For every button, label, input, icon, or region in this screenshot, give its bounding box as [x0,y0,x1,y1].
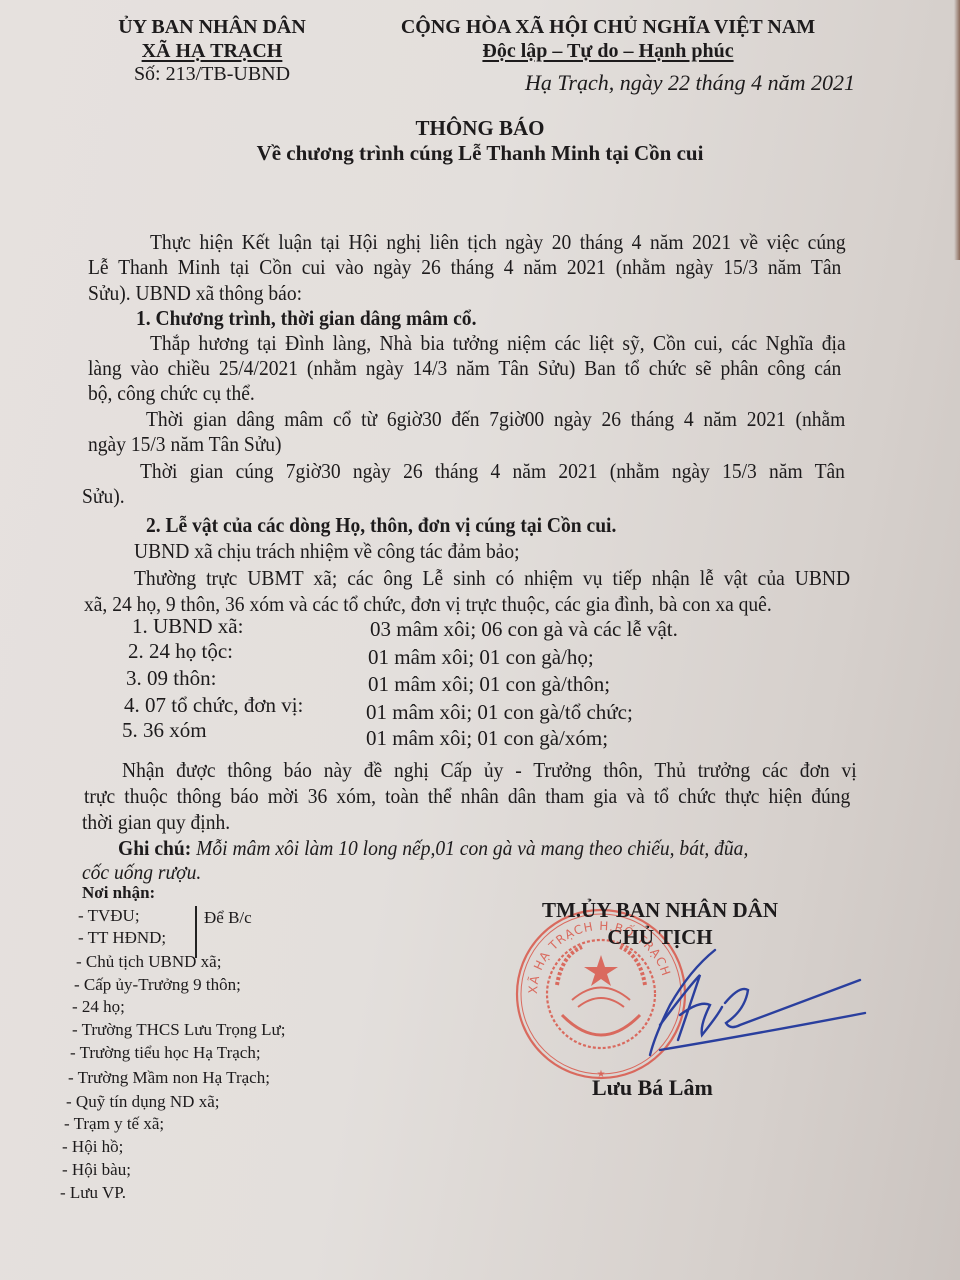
offering-what-3: 01 mâm xôi; 01 con gà/thôn; [368,672,610,697]
signature-on-behalf: TM.ỦY BAN NHÂN DÂN [510,898,810,923]
offering-what-4: 01 mâm xôi; 01 con gà/tổ chức; [366,700,633,725]
s2-p2-line-1: Thường trực UBMT xã; các ông Lễ sinh có … [134,566,850,591]
s1-p3-line-2: Sửu). [82,484,125,509]
cc-label: Để B/c [204,908,252,928]
s1-p1-line-2: làng vào chiều 25/4/2021 (nhằm ngày 14/3… [88,356,841,381]
note-label: Ghi chú: [118,836,191,860]
recipient-item: - Hội bàu; [62,1160,131,1180]
note-text: Mỗi mâm xôi làm 10 long nếp,01 con gà và… [196,836,748,860]
recipient-item: - Quỹ tín dụng ND xã; [66,1092,219,1112]
signer-name: Lưu Bá Lâm [592,1075,713,1101]
closing-line-1: Nhận được thông báo này đề nghị Cấp ủy -… [122,758,857,783]
offering-who-5: 5. 36 xóm [122,718,207,743]
offering-what-1: 03 mâm xôi; 06 con gà và các lễ vật. [370,617,678,642]
recipient-item: - Cấp ủy-Trưởng 9 thôn; [74,975,241,995]
recipient-item: - TVĐU; [78,906,140,926]
offering-who-4: 4. 07 tổ chức, đơn vị: [124,693,303,718]
intro-line-1: Thực hiện Kết luận tại Hội nghị liên tịc… [150,230,846,255]
s1-p3-line-1: Thời gian cúng 7giờ30 ngày 26 tháng 4 nă… [140,459,845,484]
s2-para-1: UBND xã chịu trách nhiệm về công tác đảm… [134,539,520,564]
offering-who-2: 2. 24 họ tộc: [128,639,233,664]
star-icon [584,955,618,986]
recipient-item: - Hội hồ; [62,1137,123,1157]
intro-line-3: Sửu). UBND xã thông báo: [88,281,302,306]
closing-line-2: trực thuộc thông báo mời 36 xóm, toàn th… [84,784,850,809]
s1-p2-line-1: Thời gian dâng mâm cổ từ 6giờ30 đến 7giờ… [146,407,845,432]
recipients-heading: Nơi nhận: [82,883,155,903]
recipient-item: - 24 họ; [72,997,125,1017]
section-2-heading: 2. Lễ vật của các dòng Họ, thôn, đơn vị … [146,513,616,538]
recipient-item: - Trường tiểu học Hạ Trạch; [70,1043,261,1063]
recipient-item: - Trường Mầm non Hạ Trạch; [68,1068,270,1088]
recipient-item: - TT HĐND; [78,928,166,948]
offering-who-3: 3. 09 thôn: [126,666,216,691]
offering-what-2: 01 mâm xôi; 01 con gà/họ; [368,645,594,670]
page-edge-shadow [954,0,960,260]
recipient-item: - Lưu VP. [60,1183,126,1203]
section-1-heading: 1. Chương trình, thời gian dâng mâm cổ. [136,306,476,331]
closing-line-3: thời gian quy định. [82,810,230,835]
handwritten-signature-icon [630,945,870,1075]
recipient-item: - Trường THCS Lưu Trọng Lư; [72,1020,285,1040]
note-line-1: Ghi chú: Mỗi mâm xôi làm 10 long nếp,01 … [118,836,748,861]
s1-p2-line-2: ngày 15/3 năm Tân Sửu) [88,432,282,457]
offering-who-1: 1. UBND xã: [132,614,243,639]
recipient-item: - Trạm y tế xã; [64,1114,164,1134]
s1-p1-line-1: Thắp hương tại Đình làng, Nhà bia tưởng … [150,331,846,356]
offering-what-5: 01 mâm xôi; 01 con gà/xóm; [366,726,608,751]
s1-p1-line-3: bộ, công chức cụ thể. [88,381,255,406]
note-line-2: cốc uống rượu. [82,860,201,885]
intro-line-2: Lễ Thanh Minh tại Cồn cui vào ngày 26 th… [88,255,841,280]
recipient-item: - Chủ tịch UBND xã; [76,952,221,972]
document-body: Thực hiện Kết luận tại Hội nghị liên tịc… [88,0,898,1280]
cc-bracket [195,906,197,958]
